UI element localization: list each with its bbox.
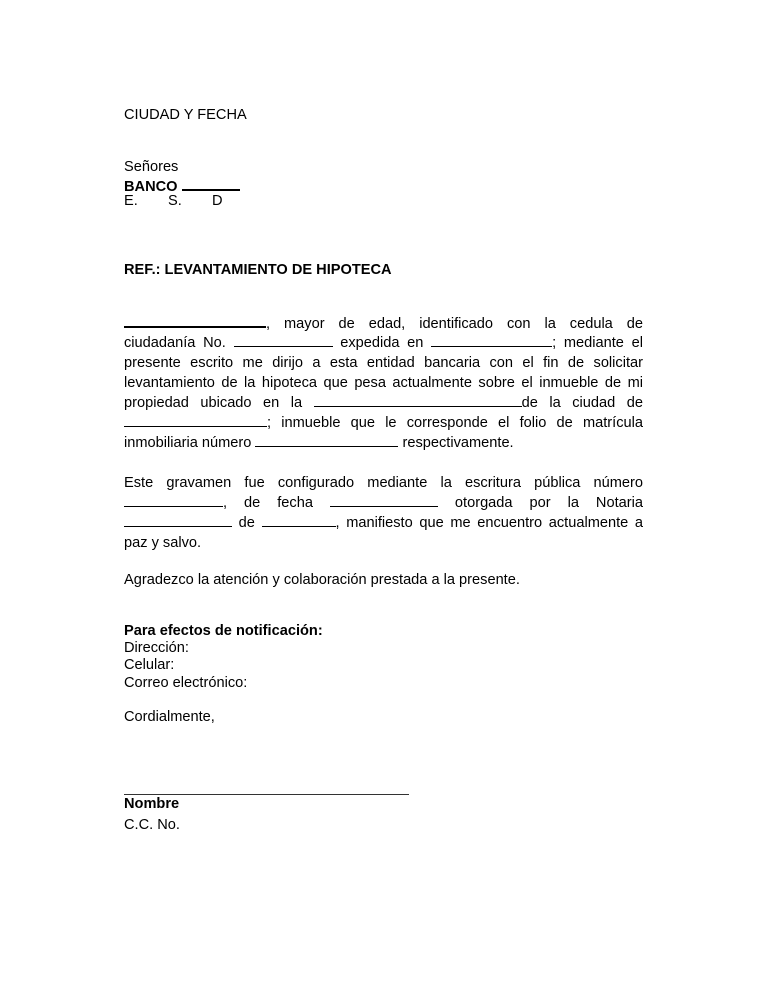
- p1-line1: , mayor de edad, identificado con la ced…: [124, 313, 643, 334]
- p1-line4: levantamiento de la hipoteca que pesa ac…: [124, 373, 643, 393]
- deed-date-blank: [330, 493, 438, 507]
- name-blank: [124, 313, 266, 328]
- notary-number-blank: [124, 513, 232, 527]
- esd-s: S.: [168, 193, 212, 210]
- bank-name-blank: [182, 176, 240, 191]
- p1-line3: presente escrito me dirijo a esta entida…: [124, 353, 643, 373]
- p1-line5: propiedad ubicado en la de la ciudad de: [124, 393, 643, 413]
- notification-title: Para efectos de notificación:: [124, 623, 323, 640]
- signature-line: [124, 794, 409, 795]
- issued-in-blank: [431, 333, 552, 347]
- p2-line4: paz y salvo.: [124, 533, 201, 553]
- esd-e: E.: [124, 193, 168, 210]
- city-date: CIUDAD Y FECHA: [124, 107, 247, 124]
- letter-page: CIUDAD Y FECHA Señores BANCO E.S.D REF.:…: [0, 0, 768, 994]
- id-number-blank: [234, 333, 333, 347]
- city-blank: [124, 413, 267, 427]
- p1-line7: inmobiliaria número respectivamente.: [124, 433, 514, 453]
- esd-line: E.S.D: [124, 193, 223, 210]
- closing: Cordialmente,: [124, 709, 215, 726]
- signature-name: Nombre: [124, 796, 179, 813]
- p1-line2: ciudadanía No. expedida en ; mediante el: [124, 333, 643, 353]
- p1-line6: ; inmueble que le corresponde el folio d…: [124, 413, 643, 433]
- email-field: Correo electrónico:: [124, 675, 247, 692]
- notary-city-blank: [262, 513, 336, 527]
- p2-line2: , de fecha otorgada por la Notaria: [124, 493, 643, 513]
- registration-number-blank: [255, 433, 398, 447]
- thanks-line: Agradezco la atención y colaboración pre…: [124, 570, 520, 590]
- address-field: Dirección:: [124, 640, 189, 657]
- property-location-blank: [314, 393, 522, 407]
- deed-number-blank: [124, 493, 223, 507]
- p2-line3: de , manifiesto que me encuentro actualm…: [124, 513, 643, 533]
- signature-id: C.C. No.: [124, 817, 180, 834]
- p2-line1: Este gravamen fue configurado mediante l…: [124, 473, 643, 493]
- salutation: Señores: [124, 159, 178, 176]
- reference-title: REF.: LEVANTAMIENTO DE HIPOTECA: [124, 262, 392, 279]
- esd-d: D: [212, 193, 223, 210]
- phone-field: Celular:: [124, 657, 174, 674]
